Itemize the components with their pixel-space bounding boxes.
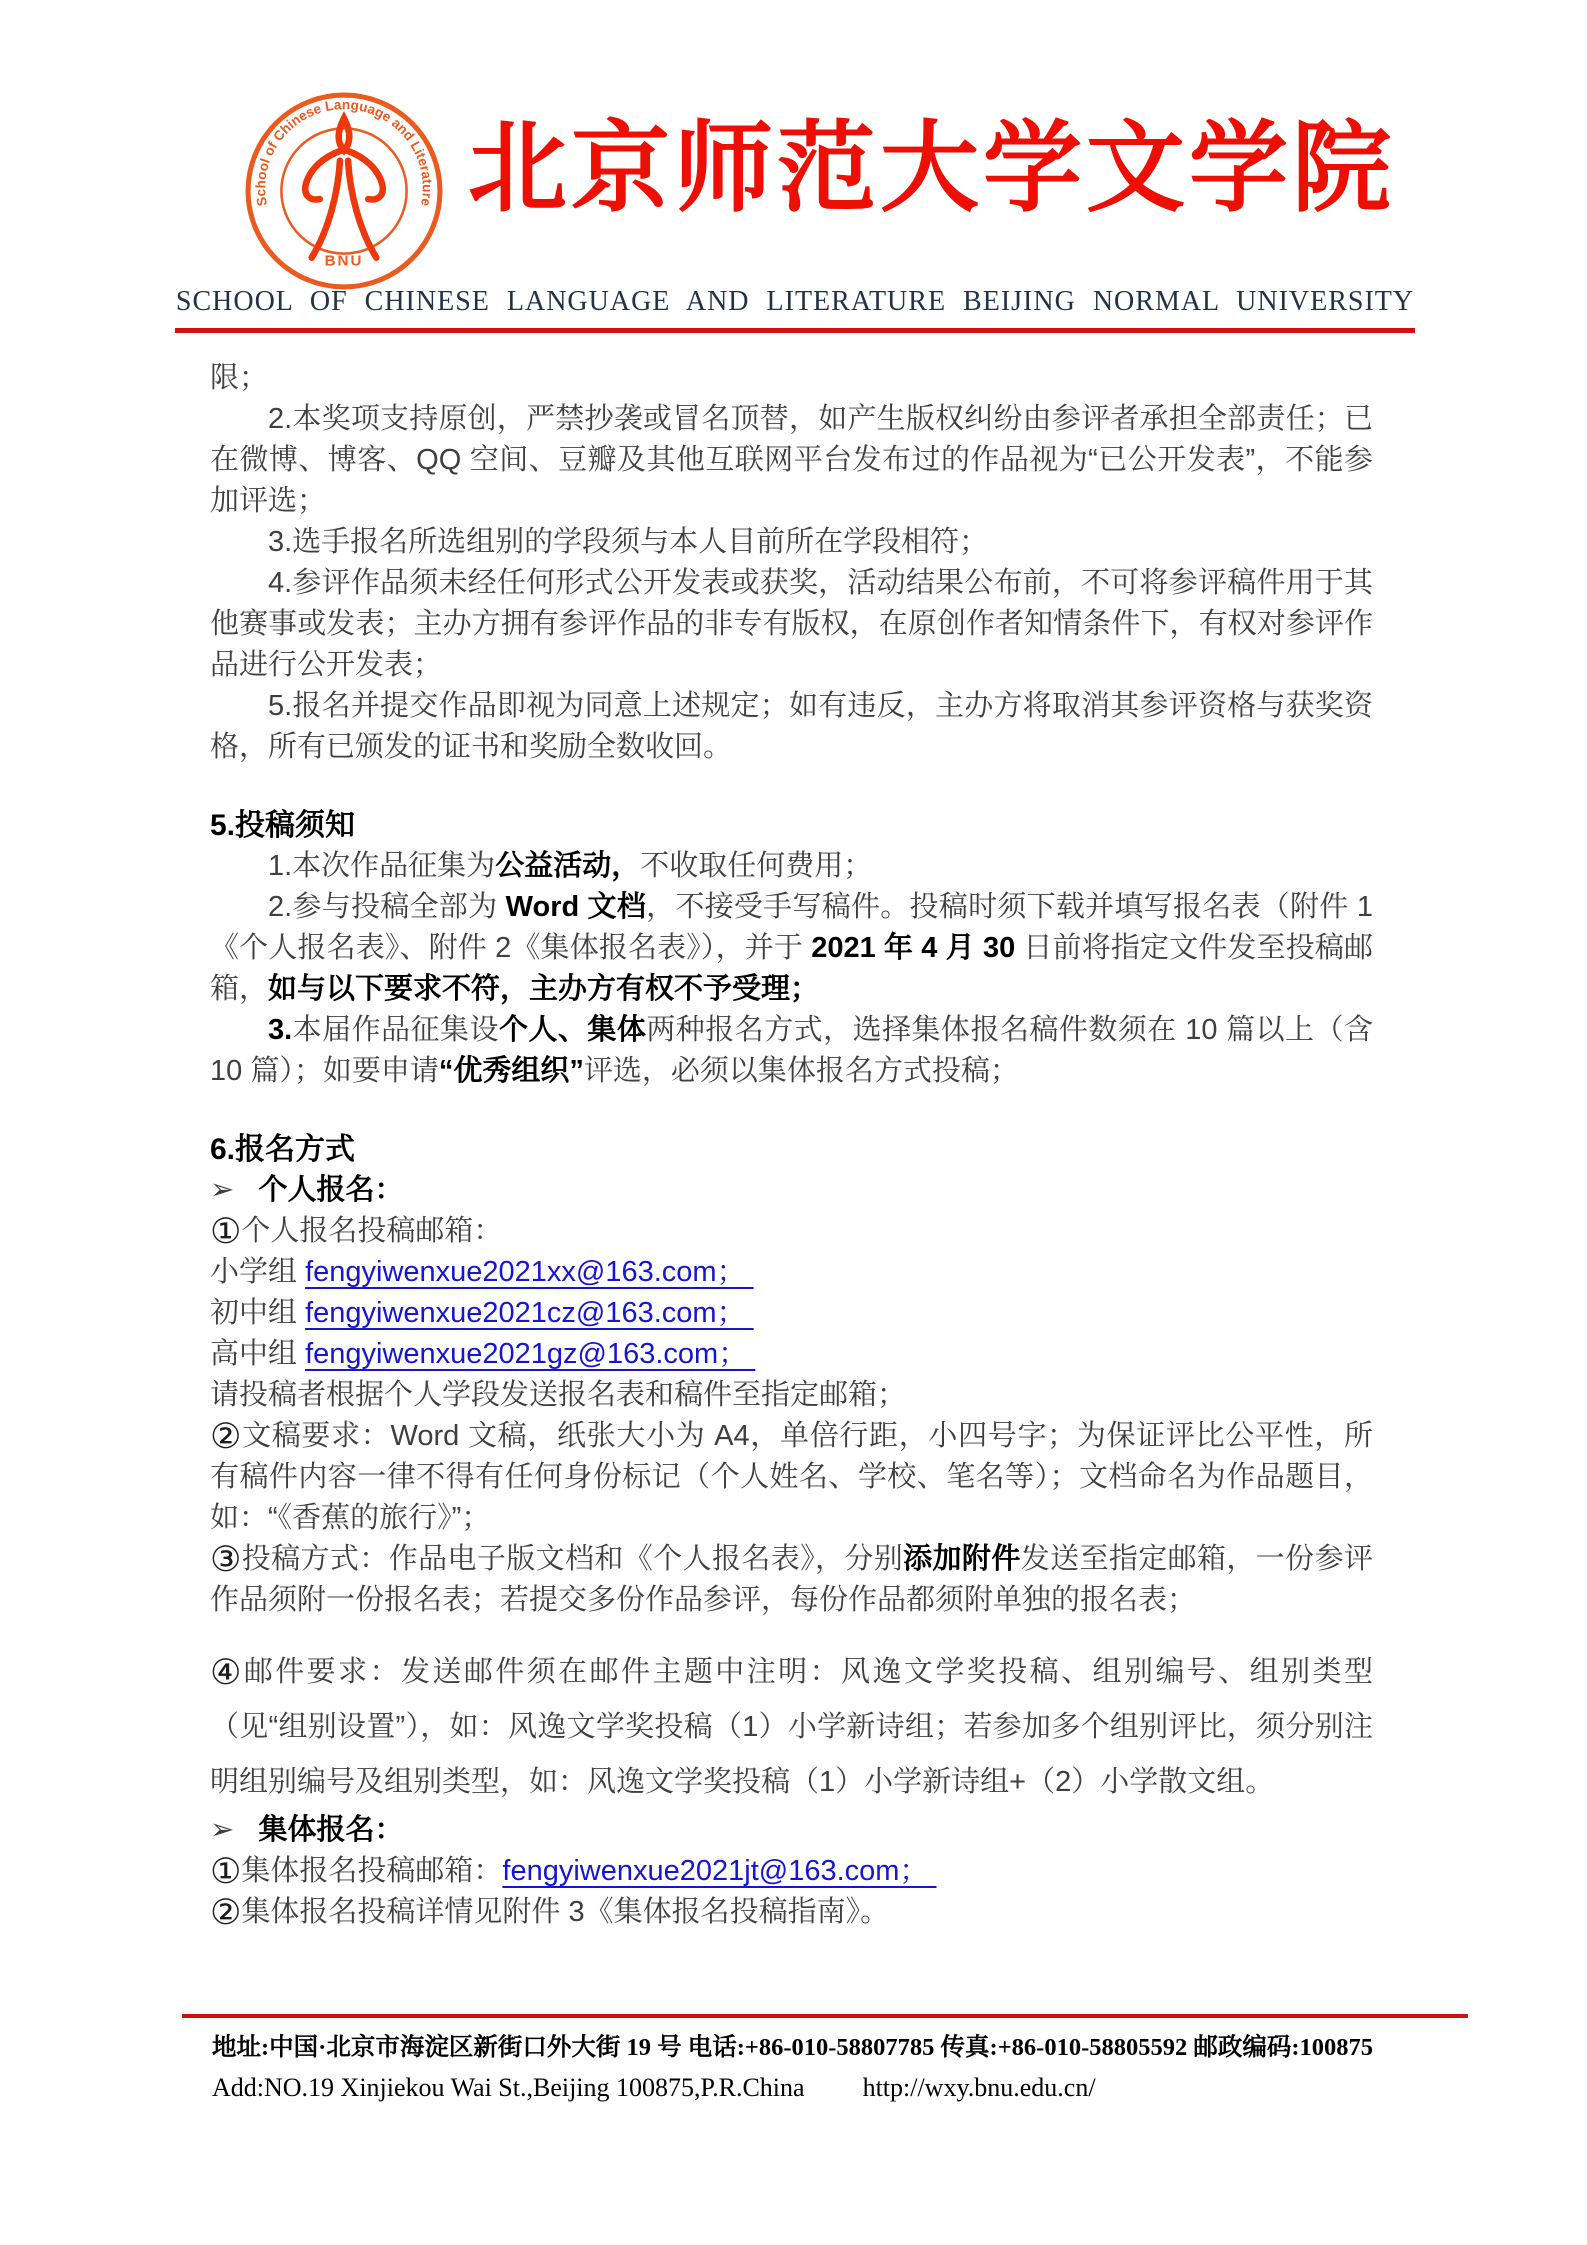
text-run: 5.报名并提交作品即视为同意上述规定；如有违反，主办方将取消其参评资格与获奖资格… xyxy=(210,690,1373,763)
text-run: +86-010-58805592 xyxy=(998,2034,1194,2061)
text-run: 6.报名方式 xyxy=(210,1133,355,1166)
email-link[interactable]: fengyiwenxue2021cz@163.com； xyxy=(305,1297,754,1329)
text-run: 4.参评作品须未经任何形式公开发表或获奖，活动结果公布前，不可将参评稿件用于其他… xyxy=(210,567,1373,681)
paragraph: ④邮件要求：发送邮件须在邮件主题中注明：风逸文学奖投稿、组别编号、组别类型（见“… xyxy=(210,1645,1373,1810)
text-run: 1.本次作品征集为 xyxy=(268,850,495,882)
footer-address-cn: 地址:中国·北京市海淀区新街口外大街 19 号 电话:+86-010-58807… xyxy=(212,2034,1587,2062)
text-run: 不收取任何费用； xyxy=(640,850,872,882)
paragraph: ①集体报名投稿邮箱：fengyiwenxue2021jt@163.com； xyxy=(210,1851,1373,1892)
bold-text-run: 公益活动， xyxy=(495,850,640,882)
text-run: 邮件要求：发送邮件须在邮件主题中注明：风逸文学奖投稿、组别编号、组别类型（见“组… xyxy=(210,1656,1373,1798)
text-run: 2.参与投稿全部为 xyxy=(268,891,506,923)
section-heading: 6.报名方式 xyxy=(210,1129,1373,1170)
paragraph: 初中组 fengyiwenxue2021cz@163.com； xyxy=(210,1293,1373,1334)
paragraph: ②集体报名投稿详情见附件 3《集体报名投稿指南》。 xyxy=(210,1892,1373,1933)
paragraph: 4.参评作品须未经任何形式公开发表或获奖，活动结果公布前，不可将参评稿件用于其他… xyxy=(210,563,1373,686)
text-run: 个人报名投稿邮箱： xyxy=(241,1215,502,1247)
text-run: 中国·北京市海淀区新街口外大街 19 号 xyxy=(269,2034,688,2061)
paragraph: 3.选手报名所选组别的学段须与本人目前所在学段相符； xyxy=(210,522,1373,563)
paragraph: ①个人报名投稿邮箱： xyxy=(210,1211,1373,1252)
circled-number: ② xyxy=(210,1417,242,1456)
bold-text-run: 个人报名： xyxy=(258,1174,403,1206)
circled-number: ④ xyxy=(210,1653,244,1692)
text-run: 投稿方式：作品电子版文档和《个人报名表》，分别 xyxy=(242,1543,903,1575)
seal-wen-figure-icon xyxy=(305,118,383,257)
text-run: ➢ xyxy=(210,1814,258,1846)
footer-rule xyxy=(182,2014,1468,2018)
bold-text-run: 2021 年 4 月 30 xyxy=(811,932,1023,964)
bold-text-run: 集体报名： xyxy=(258,1814,403,1846)
bold-text-run: 邮政编码: xyxy=(1193,2034,1299,2061)
paragraph: 5.报名并提交作品即视为同意上述规定；如有违反，主办方将取消其参评资格与获奖资格… xyxy=(210,686,1373,768)
bold-text-run: 地址: xyxy=(212,2034,269,2061)
paragraph: ➢ 个人报名： xyxy=(210,1170,1373,1211)
text-run: 文稿要求：Word 文稿，纸张大小为 A4，单倍行距，小四号字；为保证评比公平性… xyxy=(210,1420,1373,1534)
text-run: 限； xyxy=(210,362,268,394)
text-run: 3.选手报名所选组别的学段须与本人目前所在学段相符； xyxy=(268,526,988,558)
bold-text-run: 个人、集体 xyxy=(499,1014,646,1046)
letterhead: School of Chinese Language and Literatur… xyxy=(0,0,1587,352)
header-rule xyxy=(175,328,1415,333)
footer-address-en: Add:NO.19 Xinjiekou Wai St.,Beijing 1008… xyxy=(212,2073,1587,2103)
org-title-chinese: 北京师范大学文学院 xyxy=(468,98,1398,238)
text-run: 小学组 xyxy=(210,1256,305,1288)
paragraph: 限； xyxy=(210,358,1373,399)
document-body: 限；2.本奖项支持原创，严禁抄袭或冒名顶替，如产生版权纠纷由参评者承担全部责任；… xyxy=(210,358,1373,1933)
paragraph: 请投稿者根据个人学段发送报名表和稿件至指定邮箱； xyxy=(210,1375,1373,1416)
bold-text-run: 传真: xyxy=(941,2034,998,2061)
bold-text-run: “优秀组织” xyxy=(439,1055,584,1087)
text-run: +86-010-58807785 xyxy=(745,2034,941,2061)
paragraph: 2.本奖项支持原创，严禁抄袭或冒名顶替，如产生版权纠纷由参评者承担全部责任；已在… xyxy=(210,399,1373,522)
text-run: 本届作品征集设 xyxy=(292,1014,499,1046)
bold-text-run: 如与以下要求不符，主办方有权不予受理； xyxy=(268,973,819,1005)
text-run: 高中组 xyxy=(210,1338,305,1370)
text-run: 请投稿者根据个人学段发送报名表和稿件至指定邮箱； xyxy=(210,1379,906,1411)
text-run: ➢ xyxy=(210,1174,258,1206)
text-run: 5.投稿须知 xyxy=(210,809,355,842)
circled-number: ② xyxy=(210,1893,241,1932)
text-run: 初中组 xyxy=(210,1297,305,1329)
email-link[interactable]: fengyiwenxue2021xx@163.com； xyxy=(305,1256,754,1288)
page-footer: 地址:中国·北京市海淀区新街口外大街 19 号 电话:+86-010-58807… xyxy=(0,2014,1587,2103)
bold-text-run: 电话: xyxy=(688,2034,745,2061)
bold-text-run: 添加附件 xyxy=(903,1543,1021,1575)
paragraph: 高中组 fengyiwenxue2021gz@163.com； xyxy=(210,1334,1373,1375)
bold-text-run: 3. xyxy=(268,1014,292,1046)
circled-number: ① xyxy=(210,1852,241,1891)
org-title-english: SCHOOL OF CHINESE LANGUAGE AND LITERATUR… xyxy=(175,286,1415,318)
paragraph: 1.本次作品征集为公益活动，不收取任何费用； xyxy=(210,846,1373,887)
document-page: School of Chinese Language and Literatur… xyxy=(0,0,1587,2245)
paragraph: 2.参与投稿全部为 Word 文档，不接受手写稿件。投稿时须下载并填写报名表（附… xyxy=(210,887,1373,1010)
footer-address-en-text: Add:NO.19 Xinjiekou Wai St.,Beijing 1008… xyxy=(212,2073,805,2102)
bold-text-run: Word 文档 xyxy=(506,891,646,923)
bnu-seal-logo: School of Chinese Language and Literatur… xyxy=(243,90,445,292)
text-run: 2.本奖项支持原创，严禁抄袭或冒名顶替，如产生版权纠纷由参评者承担全部责任；已在… xyxy=(210,403,1373,517)
seal-bnu-text: BNU xyxy=(325,253,364,270)
email-link[interactable]: fengyiwenxue2021jt@163.com； xyxy=(502,1855,936,1887)
paragraph: ➢ 集体报名： xyxy=(210,1810,1373,1851)
text-run: 100875 xyxy=(1300,2034,1374,2061)
section-heading: 5.投稿须知 xyxy=(210,805,1373,846)
paragraph: ②文稿要求：Word 文稿，纸张大小为 A4，单倍行距，小四号字；为保证评比公平… xyxy=(210,1416,1373,1539)
email-link[interactable]: fengyiwenxue2021gz@163.com； xyxy=(305,1338,755,1370)
circled-number: ① xyxy=(210,1212,241,1251)
text-run: 评选，必须以集体报名方式投稿； xyxy=(584,1055,1019,1087)
circled-number: ③ xyxy=(210,1540,242,1579)
footer-website: http://wxy.bnu.edu.cn/ xyxy=(863,2073,1096,2102)
paragraph: ③投稿方式：作品电子版文档和《个人报名表》，分别添加附件发送至指定邮箱，一份参评… xyxy=(210,1539,1373,1621)
paragraph: 3.本届作品征集设个人、集体两种报名方式，选择集体报名稿件数须在 10 篇以上（… xyxy=(210,1010,1373,1092)
text-run: 集体报名投稿邮箱： xyxy=(241,1855,502,1887)
text-run: 集体报名投稿详情见附件 3《集体报名投稿指南》。 xyxy=(241,1896,889,1928)
paragraph: 小学组 fengyiwenxue2021xx@163.com； xyxy=(210,1252,1373,1293)
